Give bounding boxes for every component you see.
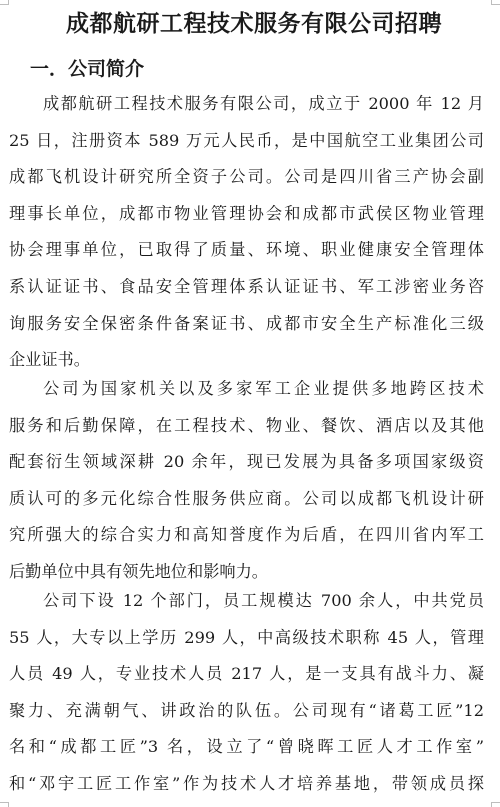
text-line: 和“邓宇工匠工作室”作为技术人才培养基地，带领成员探 xyxy=(9,766,484,803)
text-line: 成都飞机设计研究所全资子公司。公司是四川省三产协会副 xyxy=(9,159,484,196)
text-line: 公司下设 12 个部门，员工规模达 700 余人，中共党员 xyxy=(9,583,484,620)
text-line: 服务和后勤保障，在工程技术、物业、餐饮、酒店以及其他 xyxy=(9,408,484,445)
text-line: 协会理事单位，已取得了质量、环境、职业健康安全管理体 xyxy=(9,232,484,269)
page-corner-mark-top-right xyxy=(491,0,500,5)
text-line: 配套衍生领域深耕 20 余年，现已发展为具备多项国家级资 xyxy=(9,444,484,481)
section-heading-company-intro: 一．公司简介 xyxy=(30,54,144,81)
text-line: 理事长单位，成都市物业管理协会和成都市武侯区物业管理 xyxy=(9,196,484,233)
page-corner-mark-top-left xyxy=(0,0,9,5)
text-line: 聚力、充满朝气、讲政治的队伍。公司现有“诸葛工匠”12 xyxy=(9,693,484,730)
paragraph-company-overview: 成都航研工程技术服务有限公司，成立于 2000 年 12 月 25 日，注册资本… xyxy=(9,86,484,379)
text-line: 系认证证书、食品安全管理体系认证证书、军工涉密业务咨 xyxy=(9,269,484,306)
text-line: 询服务安全保密条件备案证书、成都市安全生产标准化三级 xyxy=(9,306,484,343)
document-title: 成都航研工程技术服务有限公司招聘 xyxy=(44,5,464,38)
paragraph-services: 公司为国家机关以及多家军工企业提供多地跨区技术 服务和后勤保障，在工程技术、物业… xyxy=(9,371,484,591)
text-line: 成都航研工程技术服务有限公司，成立于 2000 年 12 月 xyxy=(9,86,484,123)
page-corner-mark-bottom-left xyxy=(0,802,9,807)
text-line: 25 日，注册资本 589 万元人民币，是中国航空工业集团公司 xyxy=(9,123,484,160)
text-line: 公司为国家机关以及多家军工企业提供多地跨区技术 xyxy=(9,371,484,408)
text-line: 55 人，大专以上学历 299 人，中高级技术职称 45 人，管理 xyxy=(9,620,484,657)
paragraph-organization: 公司下设 12 个部门，员工规模达 700 余人，中共党员 55 人，大专以上学… xyxy=(9,583,484,803)
text-line: 人员 49 人，专业技术人员 217 人，是一支具有战斗力、凝 xyxy=(9,656,484,693)
text-line: 名和“成都工匠”3 名，设立了“曾晓晖工匠人才工作室” xyxy=(9,729,484,766)
page-corner-mark-bottom-right xyxy=(491,802,500,807)
text-line: 究所强大的综合实力和高知誉度作为后盾，在四川省内军工 xyxy=(9,517,484,554)
text-line: 质认可的多元化综合性服务供应商。公司以成都飞机设计研 xyxy=(9,481,484,518)
